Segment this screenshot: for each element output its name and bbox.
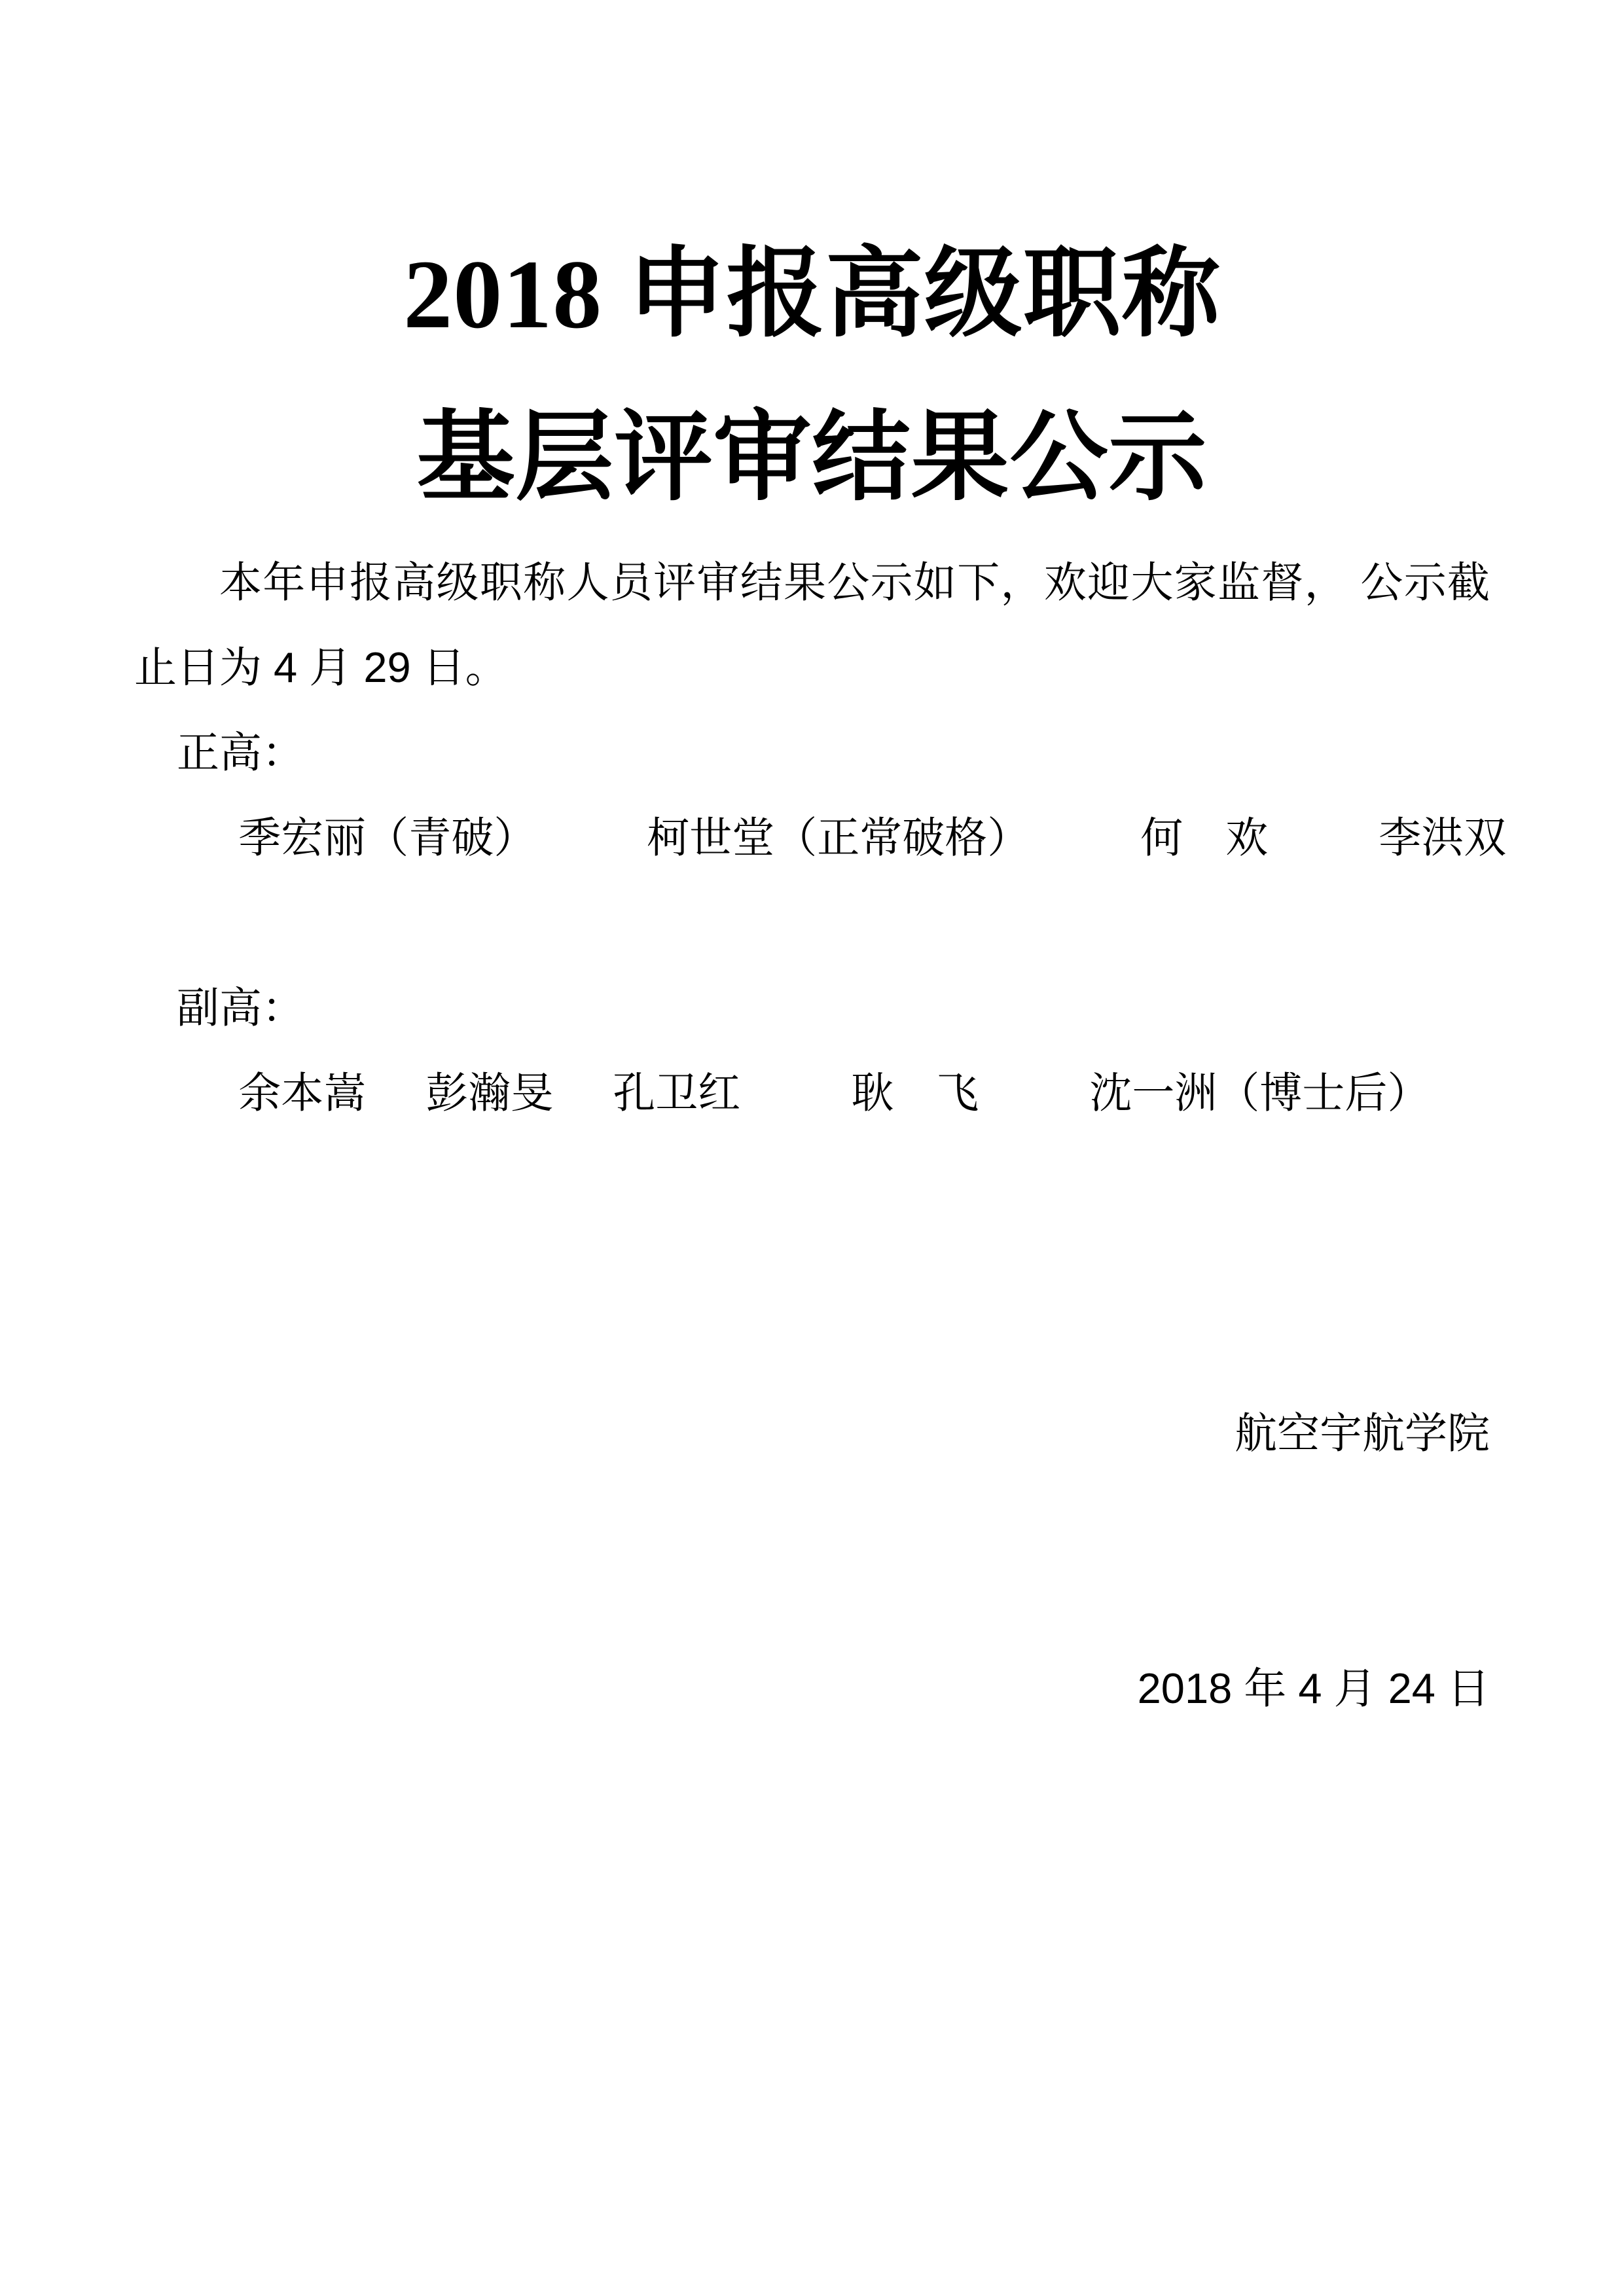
section-label-zhenggao: 正高：	[134, 710, 1490, 795]
document-title: 2018 申报高级职称 基层评审结果公示	[134, 213, 1490, 540]
signature-organization: 航空宇航学院	[134, 1391, 1490, 1476]
title-line-2: 基层评审结果公示	[134, 376, 1490, 540]
document-page: 2018 申报高级职称 基层评审结果公示 本年申报高级职称人员评审结果公示如下，…	[0, 0, 1624, 2296]
intro-paragraph: 本年申报高级职称人员评审结果公示如下，欢迎大家监督， 公示截止日为 4 月 29…	[134, 540, 1490, 710]
name-yu-bensong: 余本嵩	[238, 1050, 366, 1136]
spacer-line	[134, 1136, 1490, 1221]
name-ke-shitang: 柯世堂（正常破格）	[647, 795, 1030, 880]
spacer-line	[134, 880, 1490, 965]
name-peng-hanmin: 彭瀚旻	[425, 1050, 553, 1136]
name-kong-weihong: 孔卫红	[613, 1050, 740, 1136]
name-geng-fei: 耿 飞	[851, 1050, 979, 1136]
name-ji-hongli: 季宏丽（青破）	[238, 795, 536, 880]
name-shen-yizhou: 沈一洲（博士后）	[1089, 1050, 1430, 1136]
names-row-zhenggao: 季宏丽（青破） 柯世堂（正常破格） 何 欢 李洪双	[134, 795, 1490, 880]
title-line-1: 2018 申报高级职称	[134, 213, 1490, 376]
name-li-hongshuang: 李洪双	[1379, 795, 1506, 880]
name-he-huan: 何 欢	[1140, 795, 1268, 880]
section-label-fugao: 副高：	[134, 965, 1490, 1050]
signature-date: 2018 年 4 月 24 日	[134, 1646, 1490, 1731]
names-row-fugao: 余本嵩 彭瀚旻 孔卫红 耿 飞 沈一洲（博士后）	[134, 1050, 1490, 1136]
signature-block: 航空宇航学院 2018 年 4 月 24 日	[134, 1221, 1490, 1901]
